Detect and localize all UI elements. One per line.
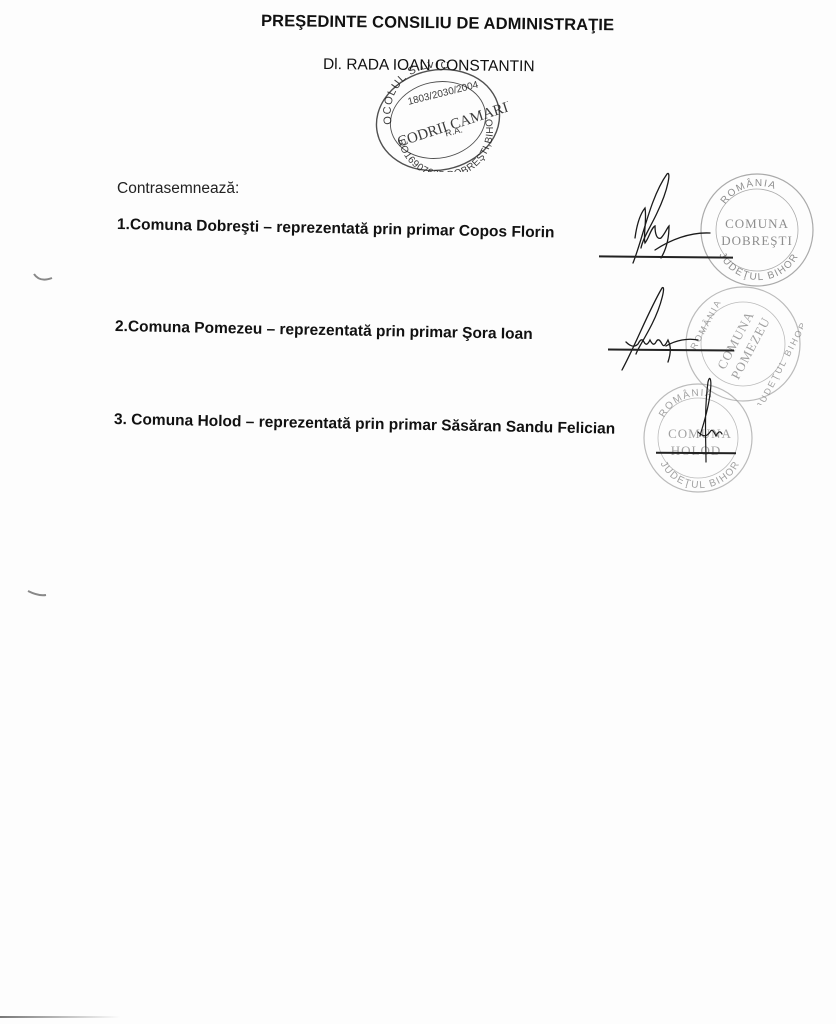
ocol-stamp-code: 1803/2030/2004	[407, 79, 480, 107]
countersign-label: Contrasemnează:	[117, 180, 239, 198]
scan-mark-top	[32, 270, 56, 284]
signatory-row-dobresti: 1.Comuna Dobreşti – reprezentată prin pr…	[117, 216, 555, 242]
signature-pomezeu	[600, 282, 720, 377]
ocol-silvic-stamp: OCOLUL SILVIC 1803/2030/2004 CODRII CAMA…	[368, 62, 508, 172]
signatory-row-pomezeu: 2.Comuna Pomezeu – reprezentată prin pri…	[115, 318, 533, 344]
signatory-row-holod: 3. Comuna Holod – reprezentată prin prim…	[114, 411, 616, 439]
document-title: PREŞEDINTE CONSILIU DE ADMINISTRAŢIE	[261, 12, 614, 35]
signature-dobresti	[595, 168, 735, 268]
scan-streak-bottom	[0, 1016, 120, 1018]
scan-mark-bottom	[26, 588, 50, 600]
